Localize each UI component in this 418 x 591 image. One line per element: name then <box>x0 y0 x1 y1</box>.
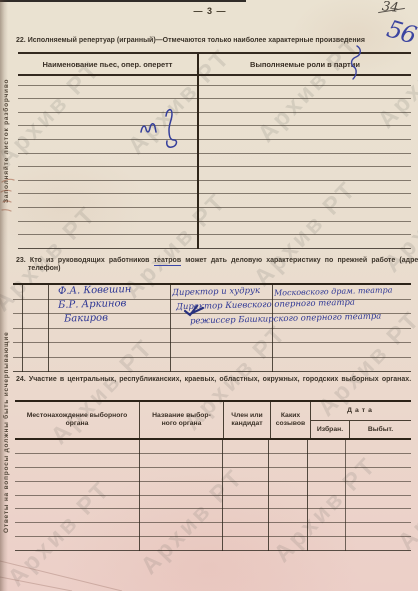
ink-checkmark <box>182 301 208 319</box>
header-location-line2: органа <box>15 420 139 428</box>
underlined-word: театров <box>154 257 182 266</box>
elections-table-header: Местонахождение выборного органа Названи… <box>15 400 411 440</box>
ruled-line <box>18 99 411 113</box>
header-convocations-line1: Каких <box>271 412 310 420</box>
header-convocations: Каких созывов <box>270 402 310 438</box>
header-date-left: Выбыт. <box>350 421 411 438</box>
page-number: — 3 — <box>184 6 236 16</box>
ruled-line <box>13 329 411 344</box>
ruled-line <box>18 208 411 222</box>
header-member-line2: кандидат <box>224 420 270 428</box>
ruled-line <box>18 154 411 168</box>
ruled-line <box>18 235 411 249</box>
header-organ-name: Название выбор- ного органа <box>139 402 223 438</box>
section-22-text: Исполняемый репертуар (игранный)—Отмечаю… <box>28 37 365 44</box>
section-23-number: 23. <box>16 257 26 264</box>
ruled-line <box>15 509 411 523</box>
handwritten-place: оперного театра <box>274 298 355 310</box>
ruled-line <box>18 140 411 154</box>
paper-edge <box>0 0 8 591</box>
ruled-line <box>18 167 411 181</box>
ruled-line <box>18 126 411 140</box>
column-line <box>222 440 223 551</box>
top-edge-line <box>0 0 246 2</box>
ruled-line <box>15 496 411 510</box>
column-line <box>139 440 140 551</box>
header-convocations-line2: созывов <box>271 420 310 428</box>
ruled-line <box>15 523 411 537</box>
handwritten-place: оперного театра <box>301 311 382 323</box>
header-member: Член или кандидат <box>223 402 270 438</box>
section-22-number: 22. <box>16 37 26 44</box>
ruled-line <box>15 482 411 496</box>
crease-lines <box>0 545 130 591</box>
column-line <box>22 285 23 372</box>
repertoire-table <box>18 72 411 249</box>
header-organ-line2: ного органа <box>140 420 223 428</box>
column-line <box>345 440 346 551</box>
section-24-text: Участие в центральных, республиканских, … <box>29 376 411 383</box>
center-divider <box>197 72 199 249</box>
header-member-line1: Член или <box>224 412 270 420</box>
ruled-line <box>18 181 411 195</box>
section-24-number: 24. <box>16 376 26 383</box>
crossed-number: 34 <box>381 0 399 16</box>
section-22-heading: 22. Исполняемый репертуар (игранный)—Отм… <box>16 37 382 45</box>
section-23-text-before: Кто из руководящих работников <box>30 257 154 264</box>
header-date-label: Дата <box>311 402 411 421</box>
scanned-document-page: Архив РТ Архив РТ Архив РТ Архив РТ Архи… <box>0 0 418 591</box>
handwritten-name: Бакиров <box>64 312 108 324</box>
header-location: Местонахождение выборного органа <box>15 402 139 438</box>
header-location-line1: Местонахождение выборного <box>15 412 139 420</box>
column-header-plays: Наименование пьес, опер. оперетт <box>18 54 197 74</box>
ruled-line <box>15 440 411 454</box>
section-24-heading: 24. Участие в центральных, республиканск… <box>16 376 418 384</box>
ruled-line <box>13 343 411 358</box>
ruled-line <box>15 454 411 468</box>
header-date: Дата Избран. Выбыт. <box>310 402 411 438</box>
ruled-line <box>15 468 411 482</box>
ruled-line <box>18 222 411 236</box>
column-line <box>307 440 308 551</box>
elections-table: Местонахождение выборного органа Названи… <box>15 400 411 551</box>
column-line <box>268 440 269 551</box>
handwritten-name: Ф.А. Ковешин <box>58 284 132 297</box>
elections-table-body <box>15 440 411 551</box>
page-mark-56: 56 <box>384 15 418 50</box>
ruled-line <box>18 194 411 208</box>
ink-flourish <box>345 44 365 80</box>
section-23-heading: 23. Кто из руководящих работников театро… <box>16 257 418 272</box>
ruled-line <box>18 86 411 100</box>
column-line <box>272 285 273 372</box>
header-organ-line1: Название выбор- <box>140 412 223 420</box>
ruled-line <box>18 113 411 127</box>
header-date-elected: Избран. <box>311 421 350 438</box>
ruled-line <box>13 358 411 373</box>
handwritten-scribble <box>138 106 182 154</box>
column-line <box>48 285 49 372</box>
header-date-subrow: Избран. Выбыт. <box>311 421 411 438</box>
column-header-roles: Выполняемые роли в партии <box>197 54 411 74</box>
handwritten-name: Б.Р. Аркинов <box>58 298 127 311</box>
